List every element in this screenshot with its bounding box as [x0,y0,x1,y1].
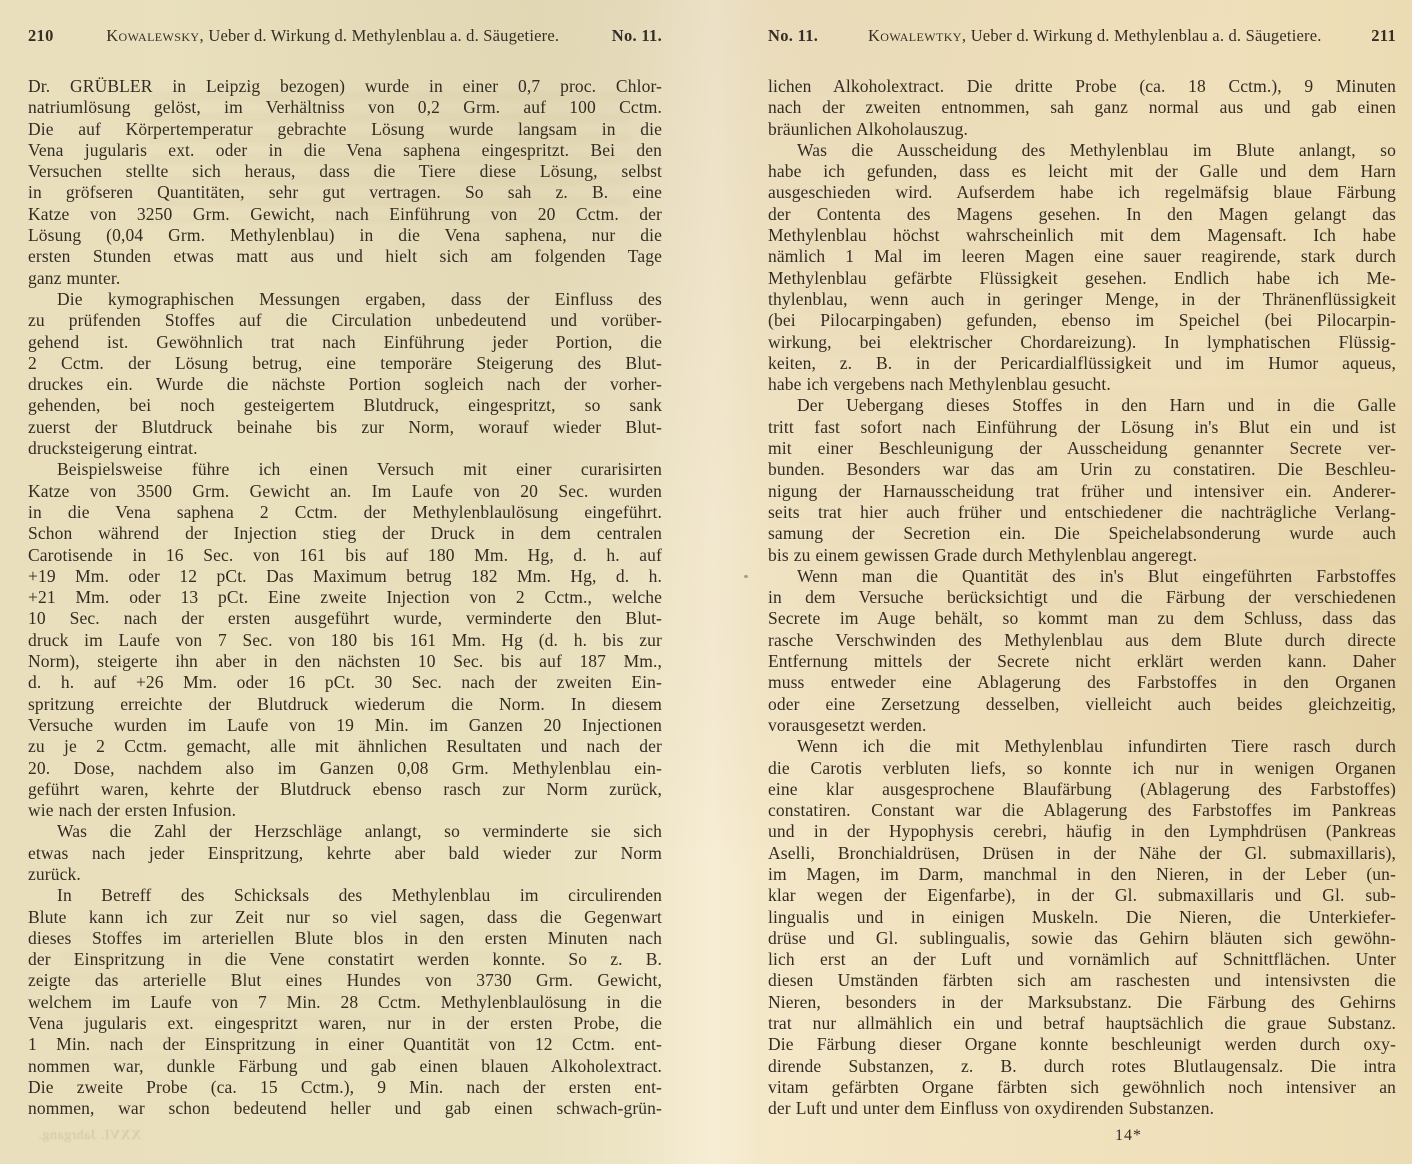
text-line: Schon während der Injection stieg der Dr… [28,523,662,544]
text-line: (bei Pilocarpingaben) gefunden, ebenso i… [768,310,1396,331]
text-line: bunden. Besonders war das am Urin zu con… [768,459,1396,480]
left-page-number: 210 [28,26,54,46]
text-line: zuerst der Blutdruck beinahe bis zur Nor… [28,417,662,438]
text-line: oder eine Zersetzung desselben, vielleic… [768,694,1396,715]
text-line: zurück. [28,864,662,885]
text-line: 2 Cctm. der Lösung betrug, eine temporär… [28,353,662,374]
text-line: Versuchen stellte sich heraus, dass die … [28,161,662,182]
text-line: dirende Substanzen, z. B. durch rotes Bl… [768,1056,1396,1077]
text-line: natriumlösung gelöst, im Verhältniss von… [28,97,662,118]
text-line: dieses Stoffes im arteriellen Blute blos… [28,928,662,949]
left-title-text: Ueber d. Wirkung d. Methylenblau a. d. S… [208,26,559,45]
text-line: ausgeschieden wird. Aufserdem habe ich r… [768,182,1396,203]
text-line: rasche Verschwinden des Methylenblau aus… [768,630,1396,651]
text-line: 10 Sec. nach der ersten ausgeführt wurde… [28,608,662,629]
left-page: 210 Kowalewsky, Ueber d. Wirkung d. Meth… [28,26,662,1120]
text-line: Secrete im Auge behält, so kommt man zu … [768,608,1396,629]
text-line: +21 Mm. oder 13 pCt. Eine zweite Injecti… [28,587,662,608]
text-line: d. h. auf +26 Mm. oder 16 pCt. 30 Sec. n… [28,672,662,693]
text-line: Methylenblau höchst wahrscheinlich mit d… [768,225,1396,246]
text-line: Norm), steigerte ihn aber in den nächste… [28,651,662,672]
text-line: klar wegen der Eigenfarbe), in der Gl. s… [768,885,1396,906]
text-line: zeigte das arterielle Blut eines Hundes … [28,970,662,991]
text-line: spritzung erreichte der Blutdruck wieder… [28,694,662,715]
paper-speck [744,575,748,578]
text-line: lich erst an der Luft und vornämlich auf… [768,949,1396,970]
text-line: nommen, war schon bedeutend heller und g… [28,1098,662,1119]
text-line: Carotisende in 16 Sec. von 161 bis auf 1… [28,545,662,566]
text-line: in gröfseren Quantitäten, sehr gut vertr… [28,182,662,203]
left-page-body: Dr. GRÜBLER in Leipzig bezogen) wurde in… [28,76,662,1120]
text-line: diesen Umständen färbten sich am rasches… [768,970,1396,991]
text-line: in die Vena saphena 2 Cctm. der Methylen… [28,502,662,523]
text-line: eine klar ausgesprochene Blaufärbung (Ab… [768,779,1396,800]
text-line: mit einer Beschleunigung der Ausscheidun… [768,438,1396,459]
text-line: muss entweder eine Ablagerung des Farbst… [768,672,1396,693]
text-line: druckes ein. Wurde die nächste Portion s… [28,374,662,395]
text-line: Die zweite Probe (ca. 15 Cctm.), 9 Min. … [28,1077,662,1098]
text-line: der Einspritzung in die Vene constatirt … [28,949,662,970]
left-running-title: Kowalewsky, Ueber d. Wirkung d. Methylen… [106,26,559,46]
right-author-name: Kowalewtky, [868,26,966,45]
text-line: habe ich vergebens nach Methylenblau ges… [768,374,1396,395]
text-line: lingualis und in einigen Muskeln. Die Ni… [768,907,1396,928]
text-line: zu prüfenden Stoffes auf die Circulation… [28,310,662,331]
right-running-title: Kowalewtky, Ueber d. Wirkung d. Methylen… [868,26,1322,46]
text-line: gehend ist. Gewöhnlich trat nach Einführ… [28,332,662,353]
text-line: drüse und Gl. sublingualis, sowie das Ge… [768,928,1396,949]
text-line: in dem Versuche berücksichtigt und die F… [768,587,1396,608]
text-line: Was die Ausscheidung des Methylenblau im… [768,140,1396,161]
right-page: No. 11. Kowalewtky, Ueber d. Wirkung d. … [768,26,1396,1145]
right-title-text: Ueber d. Wirkung d. Methylenblau a. d. S… [971,26,1322,45]
text-line: Katze von 3250 Grm. Gewicht, nach Einfüh… [28,204,662,225]
text-line: welchem im Laufe von 7 Min. 28 Cctm. Met… [28,992,662,1013]
text-line: nach der zweiten entnommen, sah ganz nor… [768,97,1396,118]
text-line: Dr. GRÜBLER in Leipzig bezogen) wurde in… [28,76,662,97]
text-line: ganz munter. [28,268,662,289]
text-line: und in der Hypophysis cerebri, häufig in… [768,821,1396,842]
text-line: Entfernung mittels der Secrete nicht erk… [768,651,1396,672]
signature-mark: 14* [768,1127,1396,1145]
text-line: im Magen, im Darm, manchmal in den Niere… [768,864,1396,885]
bleed-through-jahrgang-text: XXVI. Jahrgang. [38,1128,141,1144]
text-line: Der Uebergang dieses Stoffes in den Harn… [768,395,1396,416]
text-line: Was die Zahl der Herzschläge anlangt, so… [28,821,662,842]
text-line: tritt fast sofort nach Einführung der Lö… [768,417,1396,438]
text-line: nämlich 1 Mal im leeren Magen eine sauer… [768,246,1396,267]
text-line: ersten Stunden etwas matt aus und hielt … [28,246,662,267]
text-line: Versuche wurden im Laufe von 19 Min. im … [28,715,662,736]
text-line: thylenblau, wenn auch in geringer Menge,… [768,289,1396,310]
right-page-number: 211 [1371,26,1396,46]
text-line: gehenden, bei noch gesteigertem Blutdruc… [28,395,662,416]
text-line: die Carotis verbluten liefs, so konnte i… [768,758,1396,779]
text-line: constatiren. Constant war die Ablagerung… [768,800,1396,821]
text-line: Blute kann ich zur Zeit nur so viel sage… [28,907,662,928]
text-line: Beispielsweise führe ich einen Versuch m… [28,459,662,480]
text-line: habe ich gefunden, dass es leicht mit de… [768,161,1396,182]
text-line: geführt waren, kehrte der Blutdruck eben… [28,779,662,800]
text-line: keiten, z. B. in der Pericardialflüssigk… [768,353,1396,374]
text-line: etwas nach jeder Einspritzung, kehrte ab… [28,843,662,864]
text-line: Vena jugularis ext. oder in die Vena sap… [28,140,662,161]
text-line: Vena jugularis ext. eingespritzt waren, … [28,1013,662,1034]
text-line: Nieren, besonders in der Marksubstanz. D… [768,992,1396,1013]
left-page-header: 210 Kowalewsky, Ueber d. Wirkung d. Meth… [28,26,662,46]
text-line: +19 Mm. oder 12 pCt. Das Maximum betrug … [28,566,662,587]
text-line: Wenn man die Quantität des in's Blut ein… [768,566,1396,587]
text-line: In Betreff des Schicksals des Methylenbl… [28,885,662,906]
text-line: drucksteigerung eintrat. [28,438,662,459]
text-line: wirkung, bei elektrischer Chordareizung)… [768,332,1396,353]
text-line: bräunlichen Alkoholauszug. [768,119,1396,140]
text-line: Die Färbung dieser Organe konnte beschle… [768,1034,1396,1055]
left-author-name: Kowalewsky, [106,26,204,45]
text-line: Die auf Körpertemperatur gebrachte Lösun… [28,119,662,140]
text-line: 1 Min. nach der Einspritzung in einer Qu… [28,1034,662,1055]
text-line: seits trat hier auch früher und entschie… [768,502,1396,523]
text-line: Aselli, Bronchialdrüsen, Drüsen in der N… [768,843,1396,864]
text-line: zu je 2 Cctm. gemacht, alle mit ähnliche… [28,736,662,757]
scanned-book-spread: { "document": {"kind": "scanned journal … [0,0,1412,1164]
right-page-header: No. 11. Kowalewtky, Ueber d. Wirkung d. … [768,26,1396,46]
text-line: druck im Laufe von 7 Sec. von 180 bis 16… [28,630,662,651]
text-line: samung der Secretion ein. Die Speichelab… [768,523,1396,544]
text-line: nommen war, dunkle Färbung und gab einen… [28,1056,662,1077]
text-line: trat nur allmählich ein und betraf haupt… [768,1013,1396,1034]
text-line: nigung der Harnausscheidung trat früher … [768,481,1396,502]
text-line: 20. Dose, nachdem also im Ganzen 0,08 Gr… [28,758,662,779]
right-page-body: lichen Alkoholextract. Die dritte Probe … [768,76,1396,1120]
text-line: Wenn ich die mit Methylenblau infundirte… [768,736,1396,757]
right-issue-number: No. 11. [768,26,818,46]
text-line: der Luft und unter dem Einfluss von oxyd… [768,1098,1396,1119]
text-line: Lösung (0,04 Grm. Methylenblau) in die V… [28,225,662,246]
left-issue-number: No. 11. [612,26,662,46]
text-line: der Contenta des Magens gesehen. In den … [768,204,1396,225]
text-line: wie nach der ersten Infusion. [28,800,662,821]
text-line: Katze von 3500 Grm. Gewicht an. Im Laufe… [28,481,662,502]
text-line: vorausgesetzt werden. [768,715,1396,736]
text-line: vitam gefärbten Organe färbten sich gewö… [768,1077,1396,1098]
text-line: Methylenblau gefärbte Flüssigkeit gesehe… [768,268,1396,289]
text-line: lichen Alkoholextract. Die dritte Probe … [768,76,1396,97]
text-line: bis zu einem gewissen Grade durch Methyl… [768,545,1396,566]
text-line: Die kymographischen Messungen ergaben, d… [28,289,662,310]
